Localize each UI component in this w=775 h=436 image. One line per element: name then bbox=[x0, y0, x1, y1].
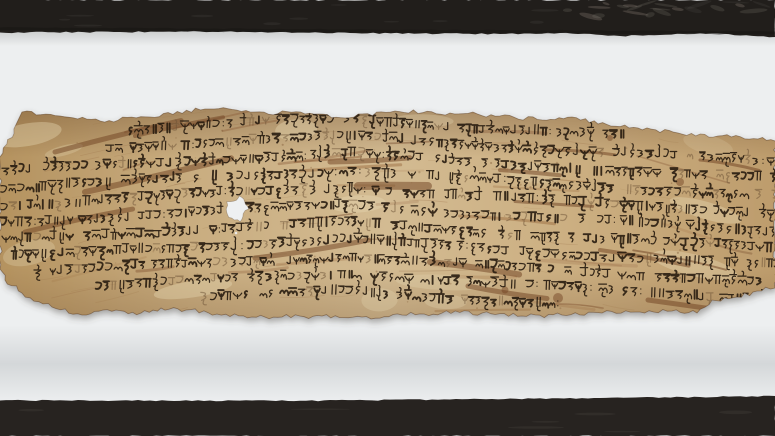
background-shading-band bbox=[0, 325, 775, 403]
manuscript-leaf bbox=[0, 103, 775, 320]
digitized-manuscript-photograph bbox=[0, 0, 775, 436]
bottom-mat-bar bbox=[0, 396, 775, 436]
top-mat-bar bbox=[0, 0, 775, 46]
manuscript-scene bbox=[0, 0, 775, 436]
